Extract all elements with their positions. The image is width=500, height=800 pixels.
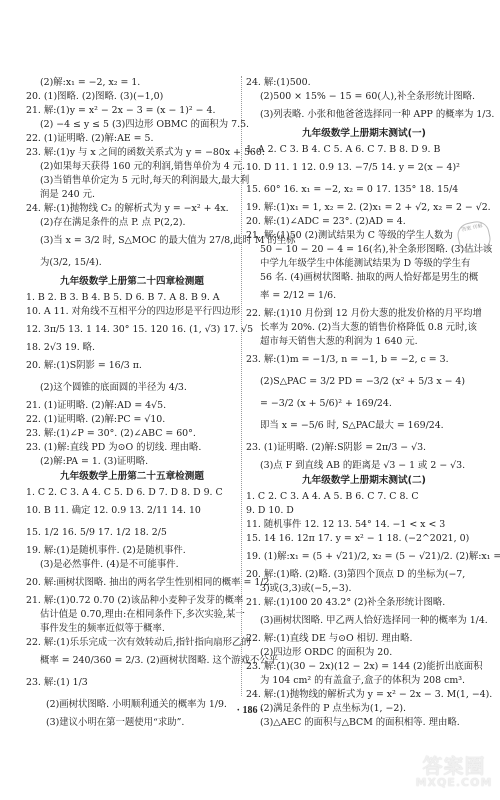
answer-line: 9. D 10. D — [246, 504, 482, 518]
answer-line: 56 名. (4)画树状图略. 抽取的两人恰好都是男生的概 — [246, 271, 482, 285]
answer-line: (3)当销售单价定为 5 元时,每天的利润最大,最大利 — [26, 174, 238, 188]
answer-line: (3)点 F 到直线 AB 的距离是 √3 − 1 或 2 − √3. — [246, 459, 482, 473]
answer-line: 率 = 2/12 = 1/6. — [246, 285, 482, 307]
answer-line: 21. 解:(1)y = x² − 2x − 3 = (x − 1)² − 4. — [26, 104, 238, 118]
answer-line: (2) −4 ≤ y ≤ 5 (3)四边形 OBMC 的面积为 7.5. — [26, 118, 238, 132]
answer-line: 24. 解:(1)500. — [246, 76, 482, 90]
answer-line: (3)画树状图略. 甲乙两人恰好选择同一种的概率为 1/4. — [246, 610, 482, 632]
answer-line: = −3/2 (x + 5/6)² + 169/24. — [246, 393, 482, 415]
answer-line: (2)存在满足条件的点 P. 点 P(2,2). — [26, 216, 238, 230]
answer-line: 23. 解:(1)(30 − 2x)(12 − 2x) = 144 (2)能折出… — [246, 660, 482, 674]
answer-line: 19. 解:(1)是随机事件. (2)是随机事件. — [26, 544, 238, 558]
answer-line: 22. 解:(1)直线 DE 与⊙O 相切. 理由略. — [246, 632, 482, 646]
answer-line: 19. (1)解:x₁ = (5 + √21)/2, x₂ = (5 − √21… — [246, 546, 482, 568]
page-number: · 186 · — [0, 704, 500, 718]
answer-line: 23. 解:(1) 1/3 — [26, 672, 238, 694]
answer-line: 21. 解:(1)50 (2)测试结果为 C 等级的学生人数为 — [246, 229, 482, 243]
answer-line: 概率 = 240/360 = 2/3. (2)画树状图略. 这个游戏不公平. — [26, 650, 238, 672]
answer-line: 23. (1)证明略. (2)解:S阴影 = 2π/3 − √3. — [246, 437, 482, 459]
answer-line: 24. 解:(1)抛物线的解析式为 y = x² − 2x − 3. M(1, … — [246, 688, 482, 702]
answer-line: 18. 2√3 19. 略. — [26, 341, 238, 355]
answer-line: 超市每天销售大葱的利润为 1 640 元. — [246, 335, 482, 349]
section-title: 九年级数学上册期末测试(二) — [246, 474, 482, 488]
answer-line: 22. (1)证明略. (2)解:PC = √10. — [26, 413, 238, 427]
section-title: 九年级数学上册第二十五章检测题 — [26, 470, 238, 484]
answer-line: 22. 解:(1)乐乐完成一次有效转动后,指针指向扇形乙的 — [26, 636, 238, 650]
right-column: 24. 解:(1)500. (2)500 × 15% − 15 = 60(人),… — [246, 76, 482, 730]
answer-line: (2)解:PA = 1. (3)证明略. — [26, 455, 238, 469]
answer-line: 23. 解:(1)m = −1/3, n = −1, b = −2, c = 3… — [246, 349, 482, 371]
answer-line: (2)500 × 15% − 15 = 60(人),补全条形统计图略. — [246, 90, 482, 104]
answer-line: 20. 解:(1)S阴影 = 16/3 π. — [26, 355, 238, 377]
answer-line: 15. 1/2 16. 5/9 17. 1/2 18. 2/5 — [26, 522, 238, 544]
answer-line: 15. 14 16. 12π 17. y = x² − 1 18. (−2^20… — [246, 532, 482, 546]
answer-line: 22. 解:(1)10 月份到 12 月份大葱的批发价格的月平均增 — [246, 307, 482, 321]
answer-line: 11. 随机事件 12. 12 13. 54° 14. −1 < x < 3 — [246, 518, 482, 532]
watermark-url: MXQE.COM — [410, 777, 498, 789]
answer-line: 估计值是 0.70,理由:在相同条件下,多次实验,某一 — [26, 608, 238, 622]
answer-line: 22. (1)证明略. (2)解:AE = 5. — [26, 132, 238, 146]
answer-line: 21. 解:(1)100 20 43.2° (2)补全条形统计图略. — [246, 596, 482, 610]
answer-line: 1. C 2. C 3. A 4. A 5. B 6. C 7. C 8. C — [246, 490, 482, 504]
answer-line: 20. (1)图略. (2)图略. (3)(−1,0) — [26, 90, 238, 104]
answer-line: (3)列表略. 小张和他爸爸选择同一种 APP 的概率为 1/3. — [246, 104, 482, 126]
watermark-text: 答案圈 — [410, 755, 498, 777]
answer-line: 为 104 cm² 的有盖盒子,盒子的体积为 208 cm³. — [246, 674, 482, 688]
answer-line: (2)四边形 ORDC 的面积为 20. — [246, 646, 482, 660]
answer-line: (3)建议小明在第一题使用“求助”. — [26, 716, 238, 730]
answer-line: 3)或(3,3)或(−5,−3). — [246, 582, 482, 596]
answer-line: 10. B 11. 确定 12. 0.9 13. 2/11 14. 10 — [26, 500, 238, 522]
section-title: 九年级数学上册第二十四章检测题 — [26, 275, 238, 289]
section-title: 九年级数学上册期末测试(一) — [246, 127, 482, 141]
answer-line: (2)解:x₁ = −2, x₂ = 1. — [26, 76, 238, 90]
answer-line: 10. D 11. 1 12. 0.9 13. −7/5 14. y = 2(x… — [246, 157, 482, 179]
answer-line: 1. C 2. C 3. A 4. C 5. D 6. D 7. D 8. D … — [26, 486, 238, 500]
answer-line: (3)△AEC 的面积与△BCM 的面积相等. 理由略. — [246, 716, 482, 730]
watermark-logo: 答案圈 MXQE.COM — [410, 755, 498, 789]
answer-line: 50 − 10 − 20 − 4 = 16(名),补全条形图略. (3)估计该 — [246, 243, 482, 257]
answer-line: 21. 解:(1)0.72 0.70 (2)该品种小麦种子发芽的概率 — [26, 594, 238, 608]
answer-line: 10. A 11. 对角线不互相平分的四边形是平行四边形 — [26, 305, 238, 319]
answer-line: (2)如果每天获得 160 元的利润,销售单价为 4 元. — [26, 160, 238, 174]
answer-line: (2)S△PAC = 3/2 PD = −3/2 (x² + 5/3 x − 4… — [246, 371, 482, 393]
answer-line: 中学九年级学生中体能测试结果为 D 等级的学生有 — [246, 257, 482, 271]
answer-line: 24. 解:(1)抛物线 C₂ 的解析式为 y = −x² + 4x. — [26, 202, 238, 216]
answer-line: (3)是必然事件. (4)是不可能事件. — [26, 558, 238, 572]
answer-line: (3)当 x = 3/2 时, S△MOC 的最大值为 27/8,此时 M 的坐… — [26, 230, 238, 252]
answer-line: 20. 解:(1)∠ADC = 23°. (2)AD = 4. — [246, 215, 482, 229]
answer-line: 15. 60° 16. x₁ = −2, x₂ = 0 17. 135° 18.… — [246, 179, 482, 201]
answer-line: 长率为 20%. (2)当大葱的销售价格降低 0.8 元时,该 — [246, 321, 482, 335]
answer-line: 19. 解:(1)x₁ = 1, x₂ = 2. (2)x₁ = 2 + √2,… — [246, 201, 482, 215]
answer-line: 20. 解:画树状图略. 抽出的两名学生性别相同的概率 = 1/2. — [26, 572, 238, 594]
left-column: (2)解:x₁ = −2, x₂ = 1. 20. (1)图略. (2)图略. … — [26, 76, 238, 730]
answer-line: 12. 3π/5 13. 1 14. 30° 15. 120 16. (1, √… — [26, 319, 238, 341]
answer-line: 20. 解:(1)略. (2)略. (3)第四个顶点 D 的坐标为(−7, — [246, 568, 482, 582]
answer-line: 1. A 2. C 3. B 4. C 5. A 6. C 7. B 8. D … — [246, 143, 482, 157]
answer-line: (2)这个圆锥的底面圆的半径为 4/3. — [26, 377, 238, 399]
answer-line: 23. 解:(1)y 与 x 之间的函数关系式为 y = −80x + 560. — [26, 146, 238, 160]
answer-line: 23. 解:(1)∠P = 30°. (2)∠ABC = 60°. — [26, 427, 238, 441]
answer-line: 21. (1)证明略. (2)解:AD = 4√5. — [26, 399, 238, 413]
answer-line: 润是 240 元. — [26, 188, 238, 202]
answer-line: 即当 x = −5/6 时, S△PAC最大 = 169/24. — [246, 415, 482, 437]
answer-line: 1. B 2. B 3. B 4. B 5. D 6. B 7. A 8. B … — [26, 291, 238, 305]
answer-line: 23. (1)解:直线 PD 为⊙O 的切线. 理由略. — [26, 441, 238, 455]
answer-line: 事件发生的频率近似等于概率. — [26, 622, 238, 636]
answer-line: 为(3/2, 15/4). — [26, 252, 238, 274]
